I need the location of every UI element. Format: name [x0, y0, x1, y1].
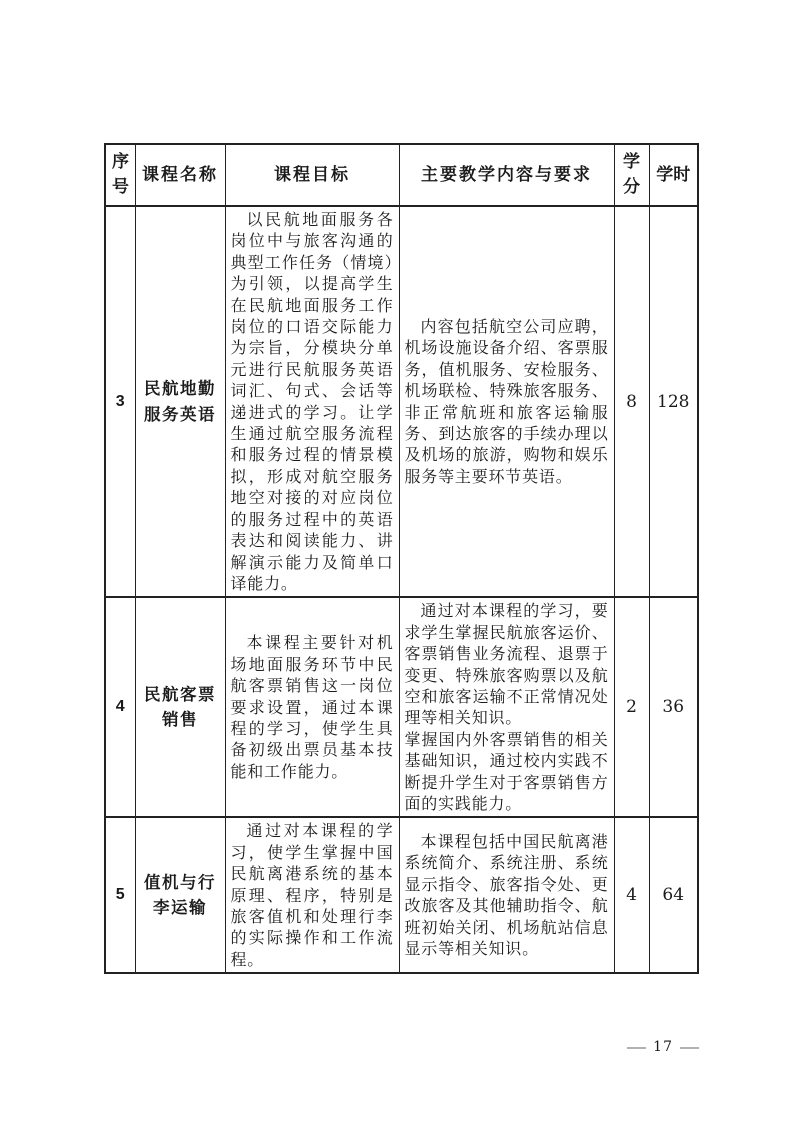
course-row: 4民航客票销售本课程主要针对机场地面服务环节中民航客票销售这一岗位要求设置，通过… [105, 597, 698, 817]
course-objective-cell: 以民航地面服务各岗位中与旅客沟通的典型工作任务（情境）为引领，以提高学生在民航地… [225, 206, 399, 597]
content-paragraph: 掌握国内外客票销售的相关基础知识，通过校内实践不断提升学生对于客票销售方面的实践… [405, 729, 609, 815]
header-row: 序号课程名称课程目标主要教学内容与要求学分学时 [105, 144, 698, 206]
course-table: 序号课程名称课程目标主要教学内容与要求学分学时 3民航地勤服务英语以民航地面服务… [104, 143, 699, 974]
content-paragraph: 通过对本课程的学习，要求学生掌握民航旅客运价、客票销售业务流程、退票于变更、特殊… [405, 600, 609, 728]
document-page: 序号课程名称课程目标主要教学内容与要求学分学时 3民航地勤服务英语以民航地面服务… [0, 0, 793, 1122]
table-header: 序号课程名称课程目标主要教学内容与要求学分学时 [105, 144, 698, 206]
hours-cell: 36 [649, 597, 698, 817]
footer-dash-left: — [626, 1038, 647, 1056]
objective-paragraph: 通过对本课程的学习，使学生掌握中国民航离港系统的基本原理、程序，特别是旅客值机和… [231, 820, 394, 970]
course-name-cell: 值机与行李运输 [135, 817, 225, 973]
hours-cell: 128 [649, 206, 698, 597]
course-name-cell: 民航客票销售 [135, 597, 225, 817]
course-objective-cell: 通过对本课程的学习，使学生掌握中国民航离港系统的基本原理、程序，特别是旅客值机和… [225, 817, 399, 973]
serial-number-cell: 4 [105, 597, 135, 817]
course-row: 5值机与行李运输通过对本课程的学习，使学生掌握中国民航离港系统的基本原理、程序，… [105, 817, 698, 973]
hours-cell: 64 [649, 817, 698, 973]
credits-cell: 2 [614, 597, 649, 817]
content-paragraph: 本课程包括中国民航离港系统简介、系统注册、系统显示指令、旅客指令处、更改旅客及其… [405, 831, 609, 959]
course-row: 3民航地勤服务英语以民航地面服务各岗位中与旅客沟通的典型工作任务（情境）为引领，… [105, 206, 698, 597]
objective-paragraph: 本课程主要针对机场地面服务环节中民航客票销售这一岗位要求设置，通过本课程的学习，… [231, 632, 394, 782]
course-name-cell: 民航地勤服务英语 [135, 206, 225, 597]
serial-number-cell: 3 [105, 206, 135, 597]
objective-paragraph: 以民航地面服务各岗位中与旅客沟通的典型工作任务（情境）为引领，以提高学生在民航地… [231, 209, 394, 594]
teaching-content-cell: 内容包括航空公司应聘，机场设施设备介绍、客票服务，值机服务、安检服务、机场联检、… [399, 206, 614, 597]
content-paragraph: 内容包括航空公司应聘，机场设施设备介绍、客票服务，值机服务、安检服务、机场联检、… [405, 316, 609, 487]
column-header: 学时 [649, 144, 698, 206]
footer-dash-right: — [679, 1038, 700, 1056]
serial-number-cell: 5 [105, 817, 135, 973]
column-header: 课程目标 [225, 144, 399, 206]
column-header: 序号 [105, 144, 135, 206]
credits-cell: 4 [614, 817, 649, 973]
footer-page-number: 17 [653, 1039, 673, 1055]
teaching-content-cell: 通过对本课程的学习，要求学生掌握民航旅客运价、客票销售业务流程、退票于变更、特殊… [399, 597, 614, 817]
table-body: 3民航地勤服务英语以民航地面服务各岗位中与旅客沟通的典型工作任务（情境）为引领，… [105, 206, 698, 973]
column-header: 课程名称 [135, 144, 225, 206]
column-header: 学分 [614, 144, 649, 206]
credits-cell: 8 [614, 206, 649, 597]
column-header: 主要教学内容与要求 [399, 144, 614, 206]
course-objective-cell: 本课程主要针对机场地面服务环节中民航客票销售这一岗位要求设置，通过本课程的学习，… [225, 597, 399, 817]
teaching-content-cell: 本课程包括中国民航离港系统简介、系统注册、系统显示指令、旅客指令处、更改旅客及其… [399, 817, 614, 973]
page-footer: — 17 — [629, 1038, 697, 1056]
